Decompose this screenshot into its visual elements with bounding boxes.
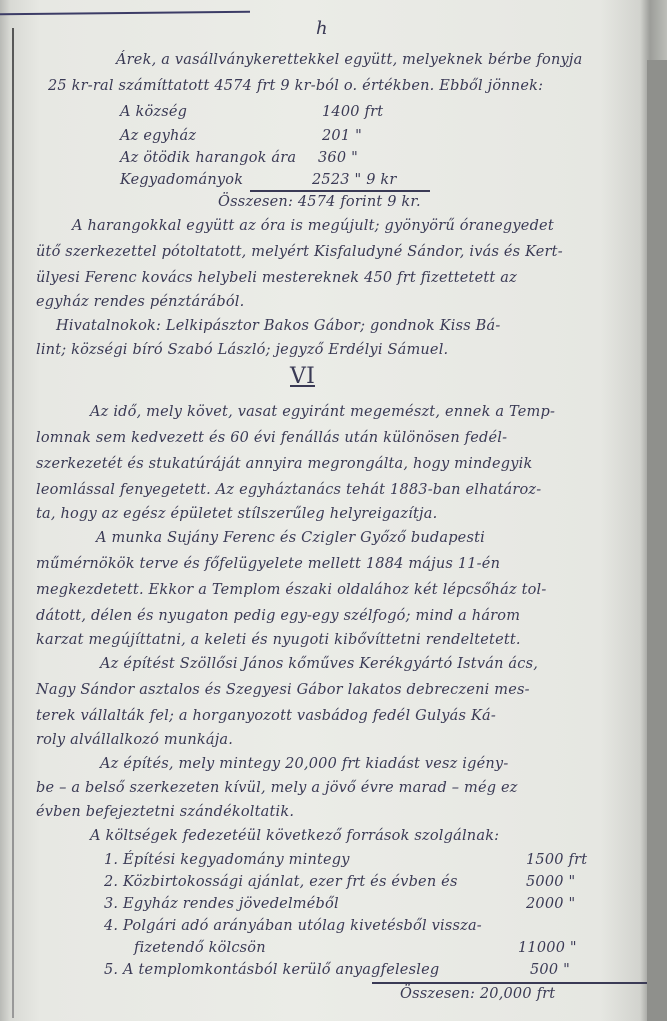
document-page: h Árek, a vasállványkerettekkel együtt, … — [0, 0, 667, 1021]
cost-item-amount: 201 " — [322, 128, 362, 144]
builders-line-1: Az építést Szöllősi János kőműves Kerékg… — [100, 656, 538, 672]
work-line-1: A munka Sujány Ferenc és Czigler Győző b… — [96, 530, 485, 546]
sum-rule — [250, 190, 430, 192]
funding-item-amount: 1500 frt — [526, 852, 587, 868]
funding-item-label: 2. Közbirtokossági ajánlat, ezer frt és … — [104, 874, 458, 890]
cost-item-label: A község — [120, 104, 187, 120]
funding-item-amount: 2000 " — [526, 896, 575, 912]
bells-line-1: A harangokkal együtt az óra is megújult;… — [72, 218, 554, 234]
cost-line-2: be – a belső szerkezeten kívül, mely a j… — [36, 780, 518, 796]
top-paragraph-line-1: Árek, a vasállványkerettekkel együtt, me… — [116, 52, 582, 68]
funding-item-label: 3. Egyház rendes jövedelméből — [104, 896, 339, 912]
time-line-2: lomnak sem kedvezett és 60 évi fenállás … — [36, 430, 507, 446]
cost-item-label: Az ötödik harangok ára — [120, 150, 296, 166]
officials-line-2: lint; községi bíró Szabó László; jegyző … — [36, 342, 448, 358]
bells-line-4: egyház rendes pénztárából. — [36, 294, 244, 310]
cost-item-amount: 360 " — [318, 150, 358, 166]
funding-item-amount: 500 " — [530, 962, 570, 978]
cost-line-3: évben befejeztetni szándékoltatik. — [36, 804, 294, 820]
builders-line-4: roly alvállalkozó munkája. — [36, 732, 233, 748]
left-margin-line — [12, 28, 14, 1018]
officials-line-1: Hivatalnokok: Lelkipásztor Bakos Gábor; … — [56, 318, 500, 334]
builders-line-2: Nagy Sándor asztalos és Szegyesi Gábor l… — [36, 682, 530, 698]
funding-item-label: 5. A templomkontásból kerülő anyagfelesl… — [104, 962, 439, 978]
funding-item-label: fizetendő kölcsön — [134, 940, 266, 956]
time-line-3: szerkezetét és stukatúráját annyira megr… — [36, 456, 532, 472]
top-rule — [0, 11, 250, 16]
funding-item-label: 1. Építési kegyadomány mintegy — [104, 852, 350, 868]
funding-item-label: 4. Polgári adó arányában utólag kivetésb… — [104, 918, 482, 934]
work-line-5: karzat megújíttatni, a keleti és nyugoti… — [36, 632, 521, 648]
cost-item-amount: 1400 frt — [322, 104, 383, 120]
cost-item-label: Kegyadományok — [120, 172, 243, 188]
work-line-2: műmérnökök terve és főfelügyelete mellet… — [36, 556, 500, 572]
cost-item-label: Az egyház — [120, 128, 196, 144]
cost-total: Összesen: 4574 forint 9 kr. — [218, 194, 421, 210]
work-line-4: dátott, délen és nyugaton pedig egy-egy … — [36, 608, 520, 624]
page-mark: h — [316, 18, 328, 39]
page-edge-shadow — [647, 60, 667, 1021]
work-line-3: megkezdetett. Ekkor a Templom északi old… — [36, 582, 546, 598]
funding-item-amount: 11000 " — [518, 940, 577, 956]
time-line-4: leomlással fenyegetett. Az egyháztanács … — [36, 482, 541, 498]
top-paragraph-line-2: 25 kr-ral számíttatott 4574 frt 9 kr-ból… — [48, 78, 543, 94]
time-line-5: ta, hogy az egész épületet stílszerűleg … — [36, 506, 437, 522]
cost-line-1: Az építés, mely mintegy 20,000 frt kiadá… — [100, 756, 508, 772]
cost-item-amount: 2523 " 9 kr — [312, 172, 397, 188]
section-title: VI — [290, 364, 315, 389]
builders-line-3: terek vállalták fel; a horganyozott vasb… — [36, 708, 496, 724]
sum-rule — [372, 982, 647, 984]
funding-intro: A költségek fedezetéül következő forráso… — [90, 828, 499, 844]
time-line-1: Az idő, mely követ, vasat egyiránt megem… — [90, 404, 555, 420]
funding-item-amount: 5000 " — [526, 874, 575, 890]
bells-line-2: ütő szerkezettel pótoltatott, melyért Ki… — [36, 244, 563, 260]
funding-total: Összesen: 20,000 frt — [400, 986, 555, 1002]
bells-line-3: ülyesi Ferenc kovács helybeli mesterekne… — [36, 270, 517, 286]
